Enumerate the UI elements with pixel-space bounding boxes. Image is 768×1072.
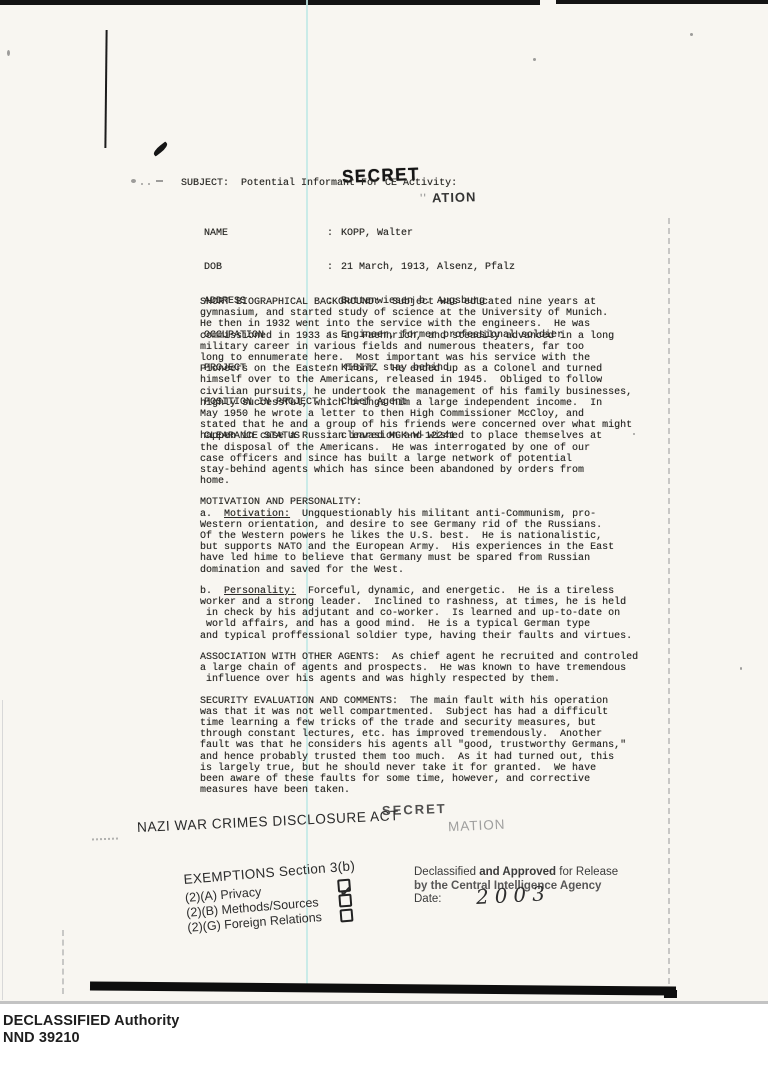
scanned-document-page: SECRET ''ATION SUBJECT: Potential Inform…	[0, 0, 768, 1003]
section-personality: b. Personality: Forceful, dynamic, and e…	[200, 586, 670, 642]
handwritten-date: 2003	[476, 887, 552, 904]
subject-spacer	[229, 178, 241, 189]
release-line1-a: Declassified	[414, 866, 479, 878]
section-motivation-personality: MOTIVATION AND PERSONALITY: a. Motivatio…	[200, 497, 670, 575]
table-row: NAME:KOPP, Walter	[204, 228, 563, 239]
section-heading: SHORT BIOGRAPHICAL BACKGROUND:	[200, 297, 380, 308]
authority-line-1: DECLASSIFIED Authority	[3, 1013, 179, 1030]
personality-label: Personality:	[224, 586, 296, 597]
section-heading: SECURITY EVALUATION AND COMMENTS:	[200, 696, 398, 707]
release-line1-b: and Approved	[479, 866, 559, 878]
scan-speck	[148, 183, 150, 185]
motivation-label: Motivation:	[224, 509, 290, 520]
section-association: ASSOCIATION WITH OTHER AGENTS: As chief …	[200, 652, 670, 686]
row-label: DOB	[204, 262, 327, 273]
dotted-scan-mark	[92, 838, 118, 841]
fold-line-artifact	[62, 930, 64, 994]
row-label: NAME	[204, 228, 327, 239]
security-information-stamp-fragment: ''ATION	[420, 189, 477, 205]
authority-line-2: NND 39210	[3, 1030, 179, 1047]
scan-speck	[7, 50, 10, 56]
document-body: SHORT BIOGRAPHICAL BACKGROUND: Subject w…	[200, 297, 670, 806]
scan-edge-bar-blob	[664, 990, 677, 998]
scan-edge-bar	[556, 0, 768, 4]
stamp-fragment-prefix: ''	[420, 191, 427, 206]
scan-speck	[141, 183, 143, 185]
checkmark-icon: ✓	[339, 885, 353, 902]
scan-line-artifact	[104, 30, 107, 148]
checkbox-icon	[340, 909, 354, 923]
declassified-authority-note: DECLASSIFIED Authority NND 39210	[3, 1013, 179, 1047]
release-line-1: Declassified and Approved for Release	[414, 866, 618, 880]
release-date-row: Date: 2003	[414, 893, 618, 917]
subject-text: Potential Informant For CE Activity:	[241, 178, 457, 189]
pen-mark	[152, 141, 169, 156]
page-edge-line	[2, 700, 3, 1000]
row-value: KOPP, Walter	[341, 228, 413, 239]
checkbox-methods-sources: ✓	[338, 894, 351, 907]
scan-speck	[533, 58, 536, 61]
information-stamp-fragment: MATION	[448, 817, 506, 835]
row-value: 21 March, 1913, Alsenz, Pfalz	[341, 262, 515, 273]
nazi-war-crimes-disclosure-stamp: NAZI WAR CRIMES DISCLOSURE ACT	[137, 807, 400, 835]
item-prefix: a.	[200, 509, 224, 520]
subject-label: SUBJECT:	[181, 178, 229, 189]
scan-speck	[690, 33, 693, 36]
section-security-evaluation: SECURITY EVALUATION AND COMMENTS: The ma…	[200, 696, 670, 797]
table-row: DOB:21 March, 1913, Alsenz, Pfalz	[204, 262, 563, 273]
exemptions-stamp: EXEMPTIONS Section 3(b) (2)(A) Privacy (…	[183, 858, 359, 935]
screenshot-root: SECRET ''ATION SUBJECT: Potential Inform…	[0, 0, 768, 1072]
scan-speck	[156, 180, 163, 182]
subject-line: SUBJECT: Potential Informant For CE Acti…	[181, 178, 457, 189]
scan-edge-bar	[0, 0, 540, 5]
release-approval-stamp: Declassified and Approved for Release by…	[414, 866, 618, 917]
stamp-fragment-text: ATION	[432, 189, 477, 205]
page-bottom-edge	[0, 1001, 768, 1004]
item-prefix: b.	[200, 586, 224, 597]
section-heading: MOTIVATION AND PERSONALITY:	[200, 497, 362, 508]
section-body: The main fault with his operation was th…	[200, 696, 626, 797]
release-line1-c: for Release	[559, 866, 618, 878]
scan-edge-bar-bottom	[90, 981, 676, 995]
section-heading: ASSOCIATION WITH OTHER AGENTS:	[200, 652, 380, 663]
section-body: Subject was educated nine years at gymna…	[200, 297, 632, 487]
date-label: Date:	[414, 893, 442, 905]
row-colon: :	[327, 262, 341, 273]
fold-line-artifact	[668, 218, 670, 994]
checkbox-foreign-relations	[340, 909, 353, 922]
section-biographical: SHORT BIOGRAPHICAL BACKGROUND: Subject w…	[200, 297, 670, 487]
row-colon: :	[327, 228, 341, 239]
scan-speck	[131, 179, 136, 183]
scan-speck	[740, 667, 742, 670]
